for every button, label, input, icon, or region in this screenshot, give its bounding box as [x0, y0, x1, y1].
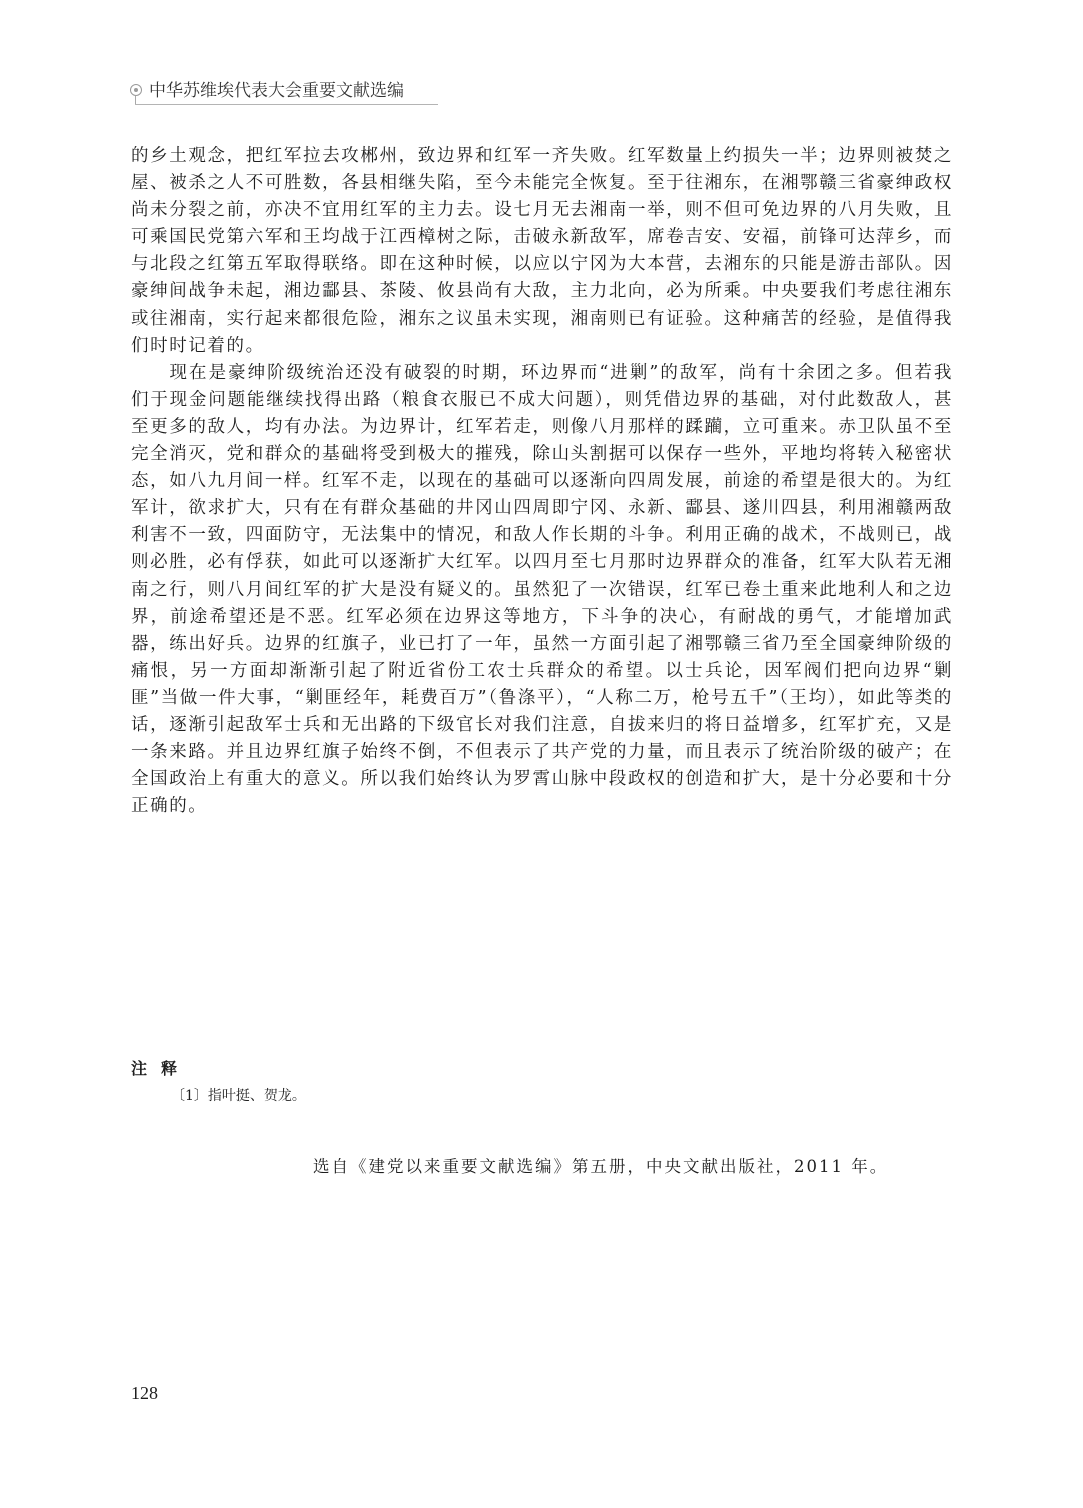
source-citation: 选自《建党以来重要文献选编》第五册，中央文献出版社，2011 年。 [313, 1155, 888, 1179]
notes-section: 注释 〔1〕指叶挺、贺龙。 [131, 1058, 953, 1106]
note-item: 〔1〕指叶挺、贺龙。 [171, 1086, 953, 1106]
header-stem-line [135, 96, 136, 104]
body-text: 的乡土观念，把红军拉去攻郴州，致边界和红军一齐失败。红军数量上约损失一半；边界则… [131, 143, 953, 820]
paragraph: 现在是豪绅阶级统治还没有破裂的时期，环边界而“进剿”的敌军，尚有十余团之多。但若… [131, 360, 953, 821]
paragraph: 的乡土观念，把红军拉去攻郴州，致边界和红军一齐失败。红军数量上约损失一半；边界则… [131, 143, 953, 360]
target-bullet-icon [130, 84, 142, 96]
page-number: 128 [131, 1382, 158, 1404]
notes-heading: 注释 [131, 1058, 953, 1080]
book-title: 中华苏维埃代表大会重要文献选编 [149, 80, 404, 102]
header-underline [135, 104, 438, 105]
running-header: 中华苏维埃代表大会重要文献选编 [130, 80, 438, 106]
